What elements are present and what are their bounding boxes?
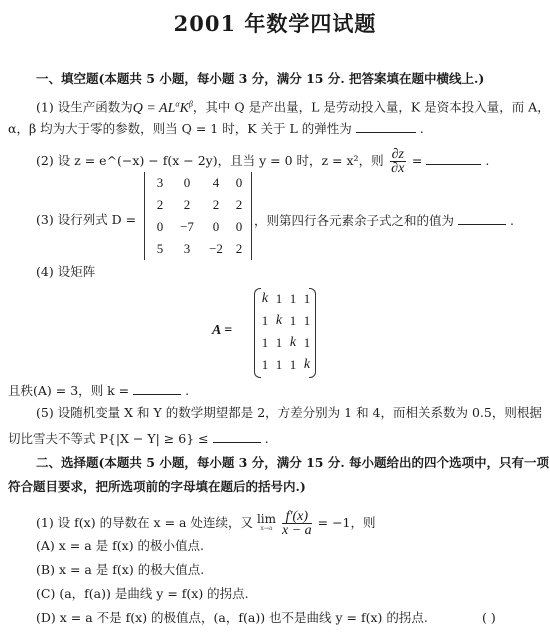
option-text: x = a 是 f(x) 的极大值点. [59,562,204,577]
question-1-5-line2: 切比雪夫不等式 P{|X − Y| ≥ 6} ≤ . [8,430,269,447]
option-text: x = a 是 f(x) 的极小值点. [59,538,204,553]
answer-blank[interactable] [213,430,261,443]
answer-blank[interactable] [458,212,506,225]
question-1-3-label: (3) 设行列式 D = [36,212,136,228]
section2-header-line2: 符合题目要求，把所选项前的字母填在题后的括号内.) [8,479,306,495]
question-text: ，则第四行各元素余子式之和的值为 [254,213,454,228]
page-title: 2001 年数学四试题 [0,8,550,38]
question-text: α，β 均为大于零的参数，则当 Q = 1 时，K 关于 L 的弹性为 [8,121,352,136]
question-text: 设 z = e^(−x) − f(x − 2y)，且当 y = 0 时，z = … [58,153,384,168]
question-1-5-line1: (5) 设随机变量 X 和 Y 的数学期望都是 2，方差分别为 1 和 4，而相… [36,405,542,421]
production-formula: Q = ALαKβ [133,101,193,116]
question-text: 设 f(x) 的导数在 x = a 处连续，又 [58,515,253,530]
question-text: 设矩阵 [58,264,96,279]
question-number: (4) [36,264,54,279]
question-1-2: (2) 设 z = e^(−x) − f(x − 2y)，且当 y = 0 时，… [36,148,489,175]
answer-blank[interactable] [133,382,181,395]
question-1-1-line2: α，β 均为大于零的参数，则当 Q = 1 时，K 关于 L 的弹性为 . [8,120,424,137]
determinant-d: 3040 2222 0−700 53−22 [144,172,252,260]
question-1-3-tail: ，则第四行各元素余子式之和的值为 . [254,212,514,229]
option-label: (C) [36,586,55,601]
equals-sign: = [412,153,422,168]
question-text: 设行列式 D = [58,212,136,227]
answer-blank[interactable] [426,152,481,165]
question-text: 且秩(A) = 3，则 k = [8,383,129,398]
question-text: 设生产函数为 [58,100,133,115]
limit-expression: limx→a [257,514,276,534]
partial-derivative: ∂z∂x [390,148,406,175]
matrix-a-label: A = [212,323,232,339]
question-text: = −1，则 [318,515,376,530]
question-text: ，其中 Q 是产出量，L 是劳动投入量，K 是资本投入量，而 A， [193,100,550,115]
section2-header-line1: 二、选择题(本题共 5 小题，每小题 3 分，满分 15 分. 每小题给出的四个… [36,455,549,471]
matrix-a: k111 1k11 11k1 111k [254,288,316,376]
option-text: (a，f(a)) 是曲线 y = f(x) 的拐点. [59,586,248,601]
question-text: 切比雪夫不等式 P{|X − Y| ≥ 6} ≤ [8,431,209,446]
option-label: (A) [36,538,55,553]
question-number: (5) [36,405,54,420]
question-1-4-label: (4) 设矩阵 [36,264,95,280]
option-text: x = a 不是 f(x) 的极值点，(a，f(a)) 也不是曲线 y = f(… [60,610,428,625]
option-c[interactable]: (C) (a，f(a)) 是曲线 y = f(x) 的拐点. [36,586,249,602]
answer-blank[interactable] [356,120,416,133]
question-number: (1) [36,515,54,530]
question-number: (2) [36,153,54,168]
period: . [185,383,189,398]
question-number: (3) [36,212,54,227]
option-a[interactable]: (A) x = a 是 f(x) 的极小值点. [36,538,204,554]
section1-header: 一、填空题(本题共 5 小题，每小题 3 分，满分 15 分. 把答案填在题中横… [36,71,484,87]
question-1-1-line1: (1) 设生产函数为Q = ALαKβ，其中 Q 是产出量，L 是劳动投入量，K… [36,96,550,117]
period: . [265,431,269,446]
option-d[interactable]: (D) x = a 不是 f(x) 的极值点，(a，f(a)) 也不是曲线 y … [36,610,428,626]
answer-bracket[interactable]: ( ) [482,610,496,626]
period: . [510,213,514,228]
option-label: (D) [36,610,56,625]
period: . [420,121,424,136]
limit-fraction: f′(x)x − a [282,510,312,537]
question-2-1: (1) 设 f(x) 的导数在 x = a 处连续，又 limx→a f′(x)… [36,510,376,537]
question-number: (1) [36,100,54,115]
question-1-4-tail: 且秩(A) = 3，则 k = . [8,382,189,399]
option-label: (B) [36,562,55,577]
option-b[interactable]: (B) x = a 是 f(x) 的极大值点. [36,562,204,578]
question-text: 设随机变量 X 和 Y 的数学期望都是 2，方差分别为 1 和 4，而相关系数为… [58,405,542,420]
period: . [485,153,489,168]
